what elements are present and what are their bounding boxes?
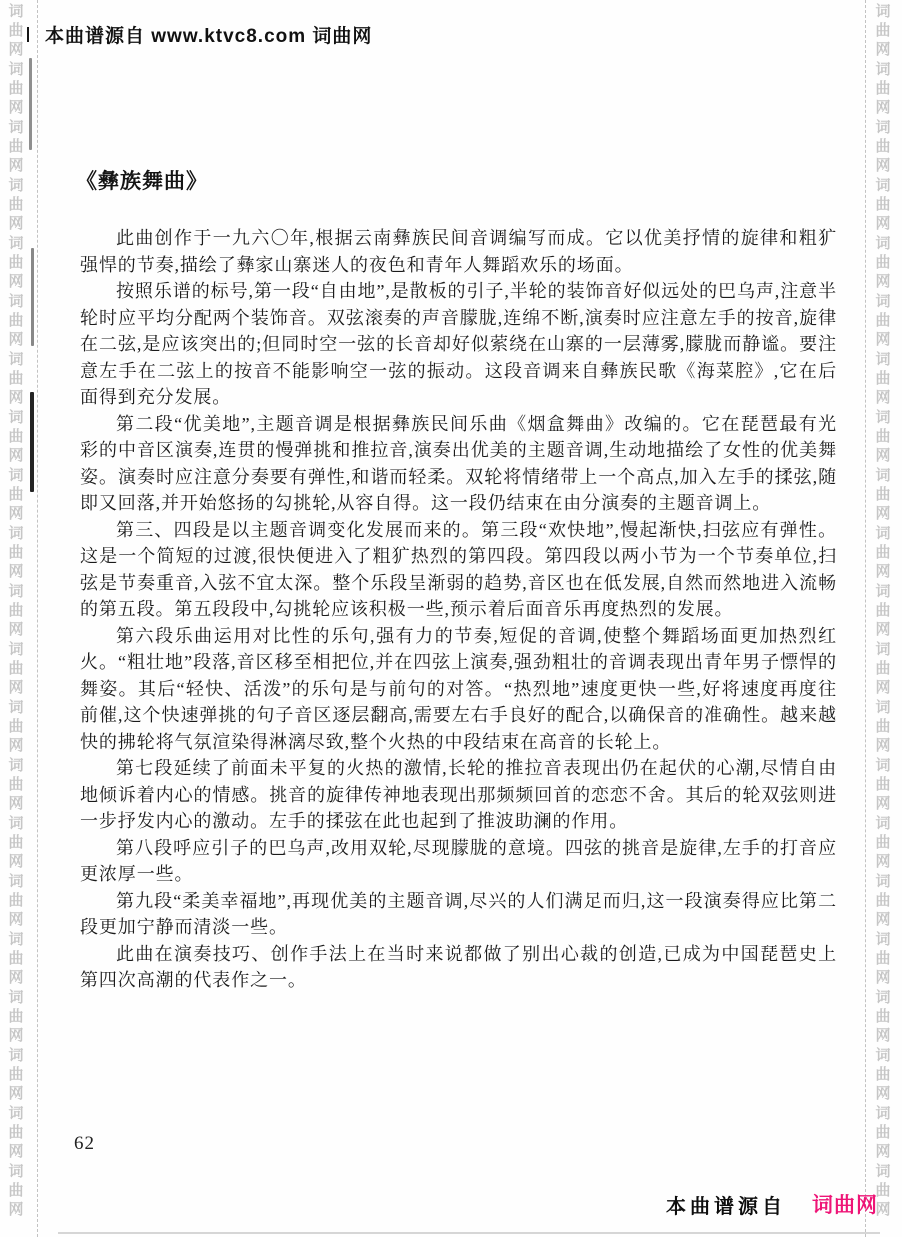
watermark-char: 词 — [8, 118, 23, 137]
watermark-char: 网 — [8, 736, 23, 755]
watermark-char: 曲 — [8, 311, 23, 330]
watermark-group: 词曲网 — [875, 234, 890, 291]
watermark-group: 词曲网 — [8, 872, 23, 929]
watermark-group: 词曲网 — [875, 756, 890, 813]
watermark-group: 词曲网 — [8, 466, 23, 523]
watermark-char: 网 — [875, 388, 890, 407]
watermark-char: 网 — [8, 852, 23, 871]
watermark-char: 曲 — [875, 21, 890, 40]
paragraph: 此曲在演奏技巧、创作手法上在当时来说都做了别出心裁的创造,已成为中国琵琶史上第四… — [80, 941, 837, 994]
watermark-group: 词曲网 — [8, 930, 23, 987]
watermark-char: 曲 — [8, 717, 23, 736]
header-source-text: 本曲谱源自 www.ktvc8.com 词曲网 — [45, 21, 372, 48]
watermark-char: 词 — [8, 988, 23, 1007]
paragraph: 此曲创作于一九六〇年,根据云南彝族民间音调编写而成。它以优美抒情的旋律和粗犷强悍… — [80, 225, 837, 278]
watermark-char: 网 — [875, 968, 890, 987]
watermark-char: 曲 — [8, 1181, 23, 1200]
watermark-group: 词曲网 — [875, 2, 890, 59]
watermark-char: 曲 — [8, 253, 23, 272]
watermark-char: 词 — [875, 350, 890, 369]
watermark-char: 曲 — [875, 1065, 890, 1084]
watermark-group: 词曲网 — [875, 930, 890, 987]
watermark-char: 词 — [875, 2, 890, 21]
watermark-char: 曲 — [8, 659, 23, 678]
watermark-group: 词曲网 — [875, 640, 890, 697]
watermark-char: 网 — [875, 272, 890, 291]
scanned-document-page: 词曲网词曲网词曲网词曲网词曲网词曲网词曲网词曲网词曲网词曲网词曲网词曲网词曲网词… — [0, 0, 902, 1237]
watermark-char: 网 — [8, 678, 23, 697]
watermark-char: 词 — [875, 988, 890, 1007]
watermark-char: 网 — [8, 794, 23, 813]
watermark-char: 词 — [8, 582, 23, 601]
watermark-char: 词 — [8, 466, 23, 485]
watermark-char: 曲 — [875, 601, 890, 620]
watermark-char: 网 — [875, 1142, 890, 1161]
watermark-char: 词 — [875, 640, 890, 659]
watermark-char: 曲 — [8, 369, 23, 388]
bottom-scan-edge — [58, 1232, 880, 1234]
watermark-char: 网 — [875, 910, 890, 929]
watermark-char: 词 — [8, 1162, 23, 1181]
watermark-group: 词曲网 — [875, 814, 890, 871]
watermark-char: 网 — [8, 620, 23, 639]
watermark-char: 词 — [875, 60, 890, 79]
watermark-char: 曲 — [8, 891, 23, 910]
watermark-group: 词曲网 — [8, 292, 23, 349]
watermark-char: 网 — [875, 678, 890, 697]
scan-artifact-bar — [31, 248, 34, 346]
watermark-char: 网 — [8, 446, 23, 465]
watermark-char: 曲 — [875, 1123, 890, 1142]
watermark-char: 网 — [8, 156, 23, 175]
watermark-char: 曲 — [8, 195, 23, 214]
watermark-group: 词曲网 — [8, 582, 23, 639]
watermark-group: 词曲网 — [8, 814, 23, 871]
watermark-char: 网 — [8, 388, 23, 407]
watermark-char: 曲 — [875, 311, 890, 330]
paragraph: 第八段呼应引子的巴乌声,改用双轮,尽现朦胧的意境。四弦的挑音是旋律,左手的打音应… — [80, 835, 837, 888]
watermark-char: 词 — [8, 1046, 23, 1065]
page-number: 62 — [74, 1133, 95, 1155]
watermark-char: 网 — [875, 620, 890, 639]
watermark-char: 曲 — [875, 891, 890, 910]
watermark-char: 词 — [875, 1046, 890, 1065]
watermark-char: 网 — [875, 504, 890, 523]
watermark-group: 词曲网 — [875, 292, 890, 349]
watermark-char: 词 — [875, 814, 890, 833]
watermark-char: 曲 — [875, 949, 890, 968]
watermark-char: 网 — [875, 156, 890, 175]
watermark-char: 曲 — [875, 775, 890, 794]
watermark-char: 曲 — [875, 717, 890, 736]
watermark-char: 词 — [8, 2, 23, 21]
watermark-group: 词曲网 — [875, 118, 890, 175]
watermark-char: 曲 — [8, 543, 23, 562]
watermark-char: 词 — [8, 930, 23, 949]
watermark-group: 词曲网 — [8, 1046, 23, 1103]
watermark-column-left: 词曲网词曲网词曲网词曲网词曲网词曲网词曲网词曲网词曲网词曲网词曲网词曲网词曲网词… — [5, 2, 27, 1237]
watermark-char: 词 — [8, 1104, 23, 1123]
watermark-char: 词 — [8, 698, 23, 717]
watermark-char: 词 — [875, 292, 890, 311]
paragraph: 第七段延续了前面未平复的火热的激情,长轮的推拉音表现出仍在起伏的心潮,尽情自由地… — [80, 755, 837, 835]
watermark-char: 曲 — [875, 137, 890, 156]
watermark-char: 曲 — [8, 427, 23, 446]
watermark-char: 曲 — [875, 79, 890, 98]
watermark-char: 曲 — [875, 427, 890, 446]
watermark-char: 词 — [8, 640, 23, 659]
watermark-char: 网 — [8, 330, 23, 349]
watermark-char: 网 — [8, 272, 23, 291]
watermark-group: 词曲网 — [8, 2, 23, 59]
watermark-group: 词曲网 — [875, 408, 890, 465]
watermark-group: 词曲网 — [8, 988, 23, 1045]
watermark-group: 词曲网 — [8, 1104, 23, 1161]
watermark-char: 曲 — [8, 601, 23, 620]
watermark-char: 曲 — [875, 833, 890, 852]
paragraph: 第三、四段是以主题音调变化发展而来的。第三段“欢快地”,慢起渐快,扫弦应有弹性。… — [80, 517, 837, 623]
watermark-char: 网 — [8, 504, 23, 523]
watermark-char: 曲 — [8, 485, 23, 504]
watermark-char: 词 — [875, 582, 890, 601]
footer-source-label: 本曲谱源自 — [666, 1190, 786, 1219]
right-fold-dashed-line — [865, 0, 866, 1237]
watermark-group: 词曲网 — [875, 1046, 890, 1103]
watermark-group: 词曲网 — [875, 60, 890, 117]
watermark-group: 词曲网 — [875, 872, 890, 929]
watermark-group: 词曲网 — [8, 698, 23, 755]
scan-artifact-bar — [29, 58, 32, 150]
watermark-char: 网 — [8, 1084, 23, 1103]
document-body: 《彝族舞曲》 此曲创作于一九六〇年,根据云南彝族民间音调编写而成。它以优美抒情的… — [80, 165, 837, 994]
watermark-char: 网 — [8, 1142, 23, 1161]
watermark-group: 词曲网 — [875, 350, 890, 407]
watermark-char: 词 — [8, 60, 23, 79]
document-title: 《彝族舞曲》 — [76, 165, 837, 195]
watermark-char: 网 — [8, 98, 23, 117]
watermark-char: 词 — [875, 698, 890, 717]
watermark-char: 网 — [875, 1084, 890, 1103]
watermark-group: 词曲网 — [8, 408, 23, 465]
watermark-char: 曲 — [875, 369, 890, 388]
watermark-group: 词曲网 — [8, 176, 23, 233]
watermark-column-right: 词曲网词曲网词曲网词曲网词曲网词曲网词曲网词曲网词曲网词曲网词曲网词曲网词曲网词… — [872, 2, 894, 1237]
watermark-char: 曲 — [8, 833, 23, 852]
watermark-group: 词曲网 — [8, 640, 23, 697]
watermark-char: 曲 — [8, 21, 23, 40]
watermark-char: 曲 — [8, 1065, 23, 1084]
paragraph: 第九段“柔美幸福地”,再现优美的主题音调,尽兴的人们满足而归,这一段演奏得应比第… — [80, 888, 837, 941]
watermark-char: 网 — [8, 1200, 23, 1219]
paragraph: 按照乐谱的标号,第一段“自由地”,是散板的引子,半轮的装饰音好似远处的巴乌声,注… — [80, 278, 837, 411]
watermark-group: 词曲网 — [8, 234, 23, 291]
watermark-char: 曲 — [8, 949, 23, 968]
watermark-char: 曲 — [875, 659, 890, 678]
watermark-group: 词曲网 — [8, 350, 23, 407]
paragraph: 第二段“优美地”,主题音调是根据彝族民间乐曲《烟盒舞曲》改编的。它在琵琶最有光彩… — [80, 411, 837, 517]
watermark-group: 词曲网 — [8, 524, 23, 581]
watermark-char: 网 — [875, 214, 890, 233]
watermark-char: 词 — [875, 176, 890, 195]
watermark-char: 词 — [875, 524, 890, 543]
watermark-char: 词 — [8, 756, 23, 775]
watermark-group: 词曲网 — [8, 1162, 23, 1219]
watermark-char: 词 — [875, 872, 890, 891]
scan-artifact-bar — [30, 392, 34, 492]
watermark-char: 曲 — [875, 195, 890, 214]
watermark-group: 词曲网 — [875, 176, 890, 233]
watermark-char: 曲 — [8, 1007, 23, 1026]
watermark-char: 网 — [8, 562, 23, 581]
watermark-char: 词 — [875, 756, 890, 775]
watermark-char: 曲 — [875, 253, 890, 272]
header-tick-mark — [27, 27, 29, 42]
watermark-char: 曲 — [875, 543, 890, 562]
watermark-char: 曲 — [875, 485, 890, 504]
watermark-char: 曲 — [8, 1123, 23, 1142]
watermark-char: 网 — [8, 1026, 23, 1045]
watermark-char: 网 — [875, 736, 890, 755]
watermark-char: 网 — [875, 98, 890, 117]
watermark-char: 网 — [8, 910, 23, 929]
watermark-char: 词 — [875, 234, 890, 253]
watermark-group: 词曲网 — [875, 988, 890, 1045]
watermark-group: 词曲网 — [8, 60, 23, 117]
watermark-char: 网 — [875, 330, 890, 349]
watermark-char: 词 — [875, 1162, 890, 1181]
watermark-char: 词 — [875, 118, 890, 137]
watermark-char: 词 — [8, 524, 23, 543]
watermark-char: 词 — [8, 872, 23, 891]
watermark-group: 词曲网 — [875, 1104, 890, 1161]
watermark-char: 网 — [875, 1026, 890, 1045]
watermark-char: 网 — [875, 852, 890, 871]
left-fold-dashed-line — [37, 0, 38, 1237]
watermark-char: 词 — [875, 930, 890, 949]
watermark-group: 词曲网 — [875, 524, 890, 581]
watermark-char: 网 — [875, 40, 890, 59]
watermark-char: 词 — [875, 466, 890, 485]
watermark-group: 词曲网 — [875, 582, 890, 639]
watermark-char: 词 — [875, 1104, 890, 1123]
paragraph: 第六段乐曲运用对比性的乐句,强有力的节奏,短促的音调,使整个舞蹈场面更加热烈红火… — [80, 623, 837, 756]
watermark-group: 词曲网 — [8, 756, 23, 813]
watermark-char: 网 — [8, 968, 23, 987]
watermark-char: 词 — [8, 350, 23, 369]
watermark-char: 词 — [8, 234, 23, 253]
watermark-char: 词 — [8, 408, 23, 427]
watermark-char: 网 — [8, 40, 23, 59]
watermark-char: 词 — [8, 814, 23, 833]
watermark-char: 网 — [875, 794, 890, 813]
watermark-char: 曲 — [8, 137, 23, 156]
watermark-group: 词曲网 — [875, 466, 890, 523]
footer-brand-watermark: 词曲网 — [812, 1189, 878, 1219]
watermark-char: 曲 — [8, 79, 23, 98]
watermark-char: 网 — [875, 446, 890, 465]
watermark-group: 词曲网 — [8, 118, 23, 175]
watermark-char: 网 — [8, 214, 23, 233]
watermark-char: 词 — [875, 408, 890, 427]
watermark-char: 曲 — [8, 775, 23, 794]
watermark-group: 词曲网 — [875, 698, 890, 755]
watermark-char: 曲 — [875, 1007, 890, 1026]
watermark-char: 词 — [8, 292, 23, 311]
watermark-char: 词 — [8, 176, 23, 195]
watermark-char: 网 — [875, 562, 890, 581]
